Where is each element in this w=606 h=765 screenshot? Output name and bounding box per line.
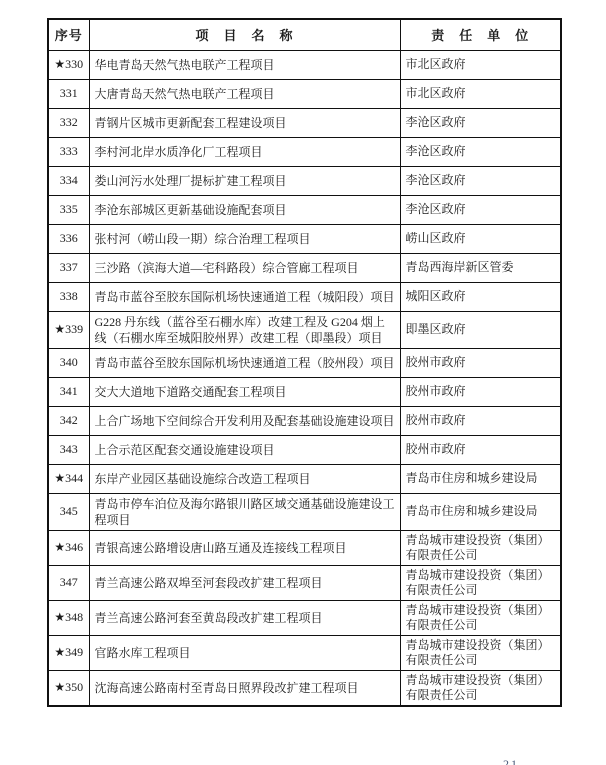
table-body: ★330 华电青岛天然气热电联产工程项目 市北区政府 331 大唐青岛天然气热电…: [48, 50, 561, 706]
header-row: 序号 项 目 名 称 责 任 单 位: [48, 19, 561, 50]
row-responsible-unit: 李沧区政府: [400, 166, 561, 195]
row-responsible-unit: 李沧区政府: [400, 195, 561, 224]
row-seq-number: ★349: [48, 635, 89, 670]
table-row: 345 青岛市停车泊位及海尔路银川路区域交通基础设施建设工程项目 青岛市住房和城…: [48, 493, 561, 530]
table-row: 337 三沙路（滨海大道—宅科路段）综合管廊工程项目 青岛西海岸新区管委: [48, 253, 561, 282]
row-responsible-unit: 青岛城市建设投资（集团）有限责任公司: [400, 670, 561, 706]
row-seq-number: 333: [48, 137, 89, 166]
row-project-name: 官路水库工程项目: [89, 635, 400, 670]
table-row: 332 青钢片区城市更新配套工程建设项目 李沧区政府: [48, 108, 561, 137]
row-responsible-unit: 青岛西海岸新区管委: [400, 253, 561, 282]
row-project-name: 青兰高速公路河套至黄岛段改扩建工程项目: [89, 600, 400, 635]
table-header: 序号 项 目 名 称 责 任 单 位: [48, 19, 561, 50]
row-seq-number: 341: [48, 377, 89, 406]
table-row: 338 青岛市蓝谷至胶东国际机场快速通道工程（城阳段）项目 城阳区政府: [48, 282, 561, 311]
row-seq-number: ★330: [48, 50, 89, 79]
table-row: ★348 青兰高速公路河套至黄岛段改扩建工程项目 青岛城市建设投资（集团）有限责…: [48, 600, 561, 635]
row-responsible-unit: 李沧区政府: [400, 137, 561, 166]
row-project-name: 三沙路（滨海大道—宅科路段）综合管廊工程项目: [89, 253, 400, 282]
row-seq-number: 342: [48, 406, 89, 435]
row-seq-number: ★346: [48, 530, 89, 565]
row-seq-number: 336: [48, 224, 89, 253]
row-project-name: 华电青岛天然气热电联产工程项目: [89, 50, 400, 79]
row-project-name: 上合广场地下空间综合开发利用及配套基础设施建设项目: [89, 406, 400, 435]
table-row: 340 青岛市蓝谷至胶东国际机场快速通道工程（胶州段）项目 胶州市政府: [48, 348, 561, 377]
row-project-name: 青兰高速公路双埠至河套段改扩建工程项目: [89, 565, 400, 600]
row-project-name: 青银高速公路增设唐山路互通及连接线工程项目: [89, 530, 400, 565]
row-seq-number: ★348: [48, 600, 89, 635]
row-seq-number: 338: [48, 282, 89, 311]
row-responsible-unit: 胶州市政府: [400, 435, 561, 464]
row-project-name: 李沧东部城区更新基础设施配套项目: [89, 195, 400, 224]
table-row: ★346 青银高速公路增设唐山路互通及连接线工程项目 青岛城市建设投资（集团）有…: [48, 530, 561, 565]
row-project-name: 交大大道地下道路交通配套工程项目: [89, 377, 400, 406]
table-row: 334 娄山河污水处理厂提标扩建工程项目 李沧区政府: [48, 166, 561, 195]
row-seq-number: 345: [48, 493, 89, 530]
row-responsible-unit: 青岛城市建设投资（集团）有限责任公司: [400, 635, 561, 670]
row-responsible-unit: 李沧区政府: [400, 108, 561, 137]
table-row: 335 李沧东部城区更新基础设施配套项目 李沧区政府: [48, 195, 561, 224]
row-project-name: 东岸产业园区基础设施综合改造工程项目: [89, 464, 400, 493]
project-table: 序号 项 目 名 称 责 任 单 位 ★330 华电青岛天然气热电联产工程项目 …: [47, 18, 562, 707]
row-responsible-unit: 崂山区政府: [400, 224, 561, 253]
header-seq: 序号: [48, 19, 89, 50]
row-project-name: 青岛市蓝谷至胶东国际机场快速通道工程（胶州段）项目: [89, 348, 400, 377]
row-seq-number: 347: [48, 565, 89, 600]
table-row: ★339 G228 丹东线（蓝谷至石棚水库）改建工程及 G204 烟上线（石棚水…: [48, 311, 561, 348]
row-seq-number: ★339: [48, 311, 89, 348]
table-row: 342 上合广场地下空间综合开发利用及配套基础设施建设项目 胶州市政府: [48, 406, 561, 435]
row-responsible-unit: 胶州市政府: [400, 377, 561, 406]
table-row: ★350 沈海高速公路南村至青岛日照界段改扩建工程项目 青岛城市建设投资（集团）…: [48, 670, 561, 706]
row-project-name: 娄山河污水处理厂提标扩建工程项目: [89, 166, 400, 195]
row-responsible-unit: 胶州市政府: [400, 406, 561, 435]
row-project-name: 大唐青岛天然气热电联产工程项目: [89, 79, 400, 108]
table-row: ★330 华电青岛天然气热电联产工程项目 市北区政府: [48, 50, 561, 79]
header-project-name: 项 目 名 称: [89, 19, 400, 50]
row-seq-number: 332: [48, 108, 89, 137]
row-project-name: 张村河（崂山段一期）综合治理工程项目: [89, 224, 400, 253]
row-project-name: 沈海高速公路南村至青岛日照界段改扩建工程项目: [89, 670, 400, 706]
row-project-name: 上合示范区配套交通设施建设项目: [89, 435, 400, 464]
row-seq-number: 331: [48, 79, 89, 108]
row-responsible-unit: 青岛城市建设投资（集团）有限责任公司: [400, 600, 561, 635]
row-project-name: 青钢片区城市更新配套工程建设项目: [89, 108, 400, 137]
row-seq-number: ★350: [48, 670, 89, 706]
page-number-partial: 21: [503, 757, 543, 765]
row-seq-number: 343: [48, 435, 89, 464]
row-responsible-unit: 青岛市住房和城乡建设局: [400, 464, 561, 493]
row-responsible-unit: 市北区政府: [400, 50, 561, 79]
row-responsible-unit: 青岛市住房和城乡建设局: [400, 493, 561, 530]
row-project-name: 青岛市停车泊位及海尔路银川路区域交通基础设施建设工程项目: [89, 493, 400, 530]
row-responsible-unit: 青岛城市建设投资（集团）有限责任公司: [400, 530, 561, 565]
row-project-name: 李村河北岸水质净化厂工程项目: [89, 137, 400, 166]
row-project-name: G228 丹东线（蓝谷至石棚水库）改建工程及 G204 烟上线（石棚水库至城阳胶…: [89, 311, 400, 348]
table-row: ★344 东岸产业园区基础设施综合改造工程项目 青岛市住房和城乡建设局: [48, 464, 561, 493]
row-responsible-unit: 青岛城市建设投资（集团）有限责任公司: [400, 565, 561, 600]
table-row: 336 张村河（崂山段一期）综合治理工程项目 崂山区政府: [48, 224, 561, 253]
table-row: ★349 官路水库工程项目 青岛城市建设投资（集团）有限责任公司: [48, 635, 561, 670]
row-project-name: 青岛市蓝谷至胶东国际机场快速通道工程（城阳段）项目: [89, 282, 400, 311]
document-page: 序号 项 目 名 称 责 任 单 位 ★330 华电青岛天然气热电联产工程项目 …: [0, 0, 606, 765]
row-seq-number: 334: [48, 166, 89, 195]
row-responsible-unit: 即墨区政府: [400, 311, 561, 348]
row-responsible-unit: 胶州市政府: [400, 348, 561, 377]
header-responsible-unit: 责 任 单 位: [400, 19, 561, 50]
table-row: 333 李村河北岸水质净化厂工程项目 李沧区政府: [48, 137, 561, 166]
row-seq-number: 340: [48, 348, 89, 377]
table-row: 347 青兰高速公路双埠至河套段改扩建工程项目 青岛城市建设投资（集团）有限责任…: [48, 565, 561, 600]
row-responsible-unit: 市北区政府: [400, 79, 561, 108]
table-row: 341 交大大道地下道路交通配套工程项目 胶州市政府: [48, 377, 561, 406]
row-responsible-unit: 城阳区政府: [400, 282, 561, 311]
row-seq-number: ★344: [48, 464, 89, 493]
row-seq-number: 337: [48, 253, 89, 282]
table-row: 331 大唐青岛天然气热电联产工程项目 市北区政府: [48, 79, 561, 108]
row-seq-number: 335: [48, 195, 89, 224]
table-row: 343 上合示范区配套交通设施建设项目 胶州市政府: [48, 435, 561, 464]
